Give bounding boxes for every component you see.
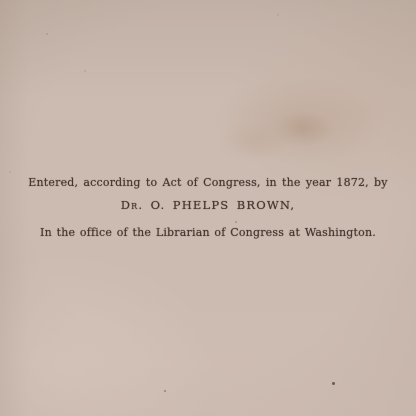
aged-book-page: Entered, according to Act of Congress, i… xyxy=(0,0,416,416)
copyright-line-entered: Entered, according to Act of Congress, i… xyxy=(0,176,416,189)
paper-speck xyxy=(164,390,166,392)
paper-speck xyxy=(84,70,86,72)
paper-speck xyxy=(46,33,48,35)
copyright-line-office: In the office of the Librarian of Congre… xyxy=(0,226,416,239)
copyright-line-author: Dr. O. PHELPS BROWN, xyxy=(0,199,416,212)
paper-speck xyxy=(235,221,237,223)
paper-speck xyxy=(9,171,11,173)
paper-speck xyxy=(332,382,335,385)
copyright-notice-block: Entered, according to Act of Congress, i… xyxy=(0,176,416,239)
paper-speck xyxy=(277,14,279,16)
